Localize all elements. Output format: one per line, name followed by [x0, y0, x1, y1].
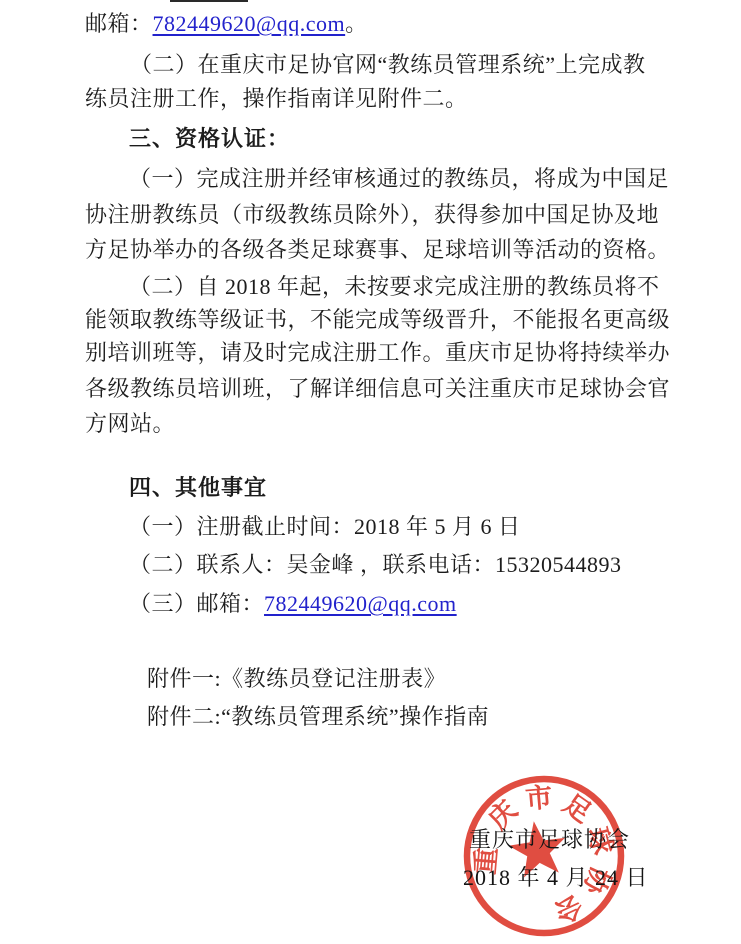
item-contact: （二）联系人：吴金峰 ，联系电话：15320544893: [129, 552, 622, 578]
email-link[interactable]: 782449620@qq.com: [264, 591, 457, 616]
body-line: 邮箱：782449620@qq.com。: [85, 11, 368, 37]
section-heading-four: 四、其他事宜: [129, 475, 267, 501]
signature-date: 2018 年 4 月 24 日: [463, 861, 649, 892]
body-line: 各级教练员培训班，了解详细信息可关注重庆市足球协会官: [85, 376, 670, 402]
document-page: 邮箱：782449620@qq.com。 （二）在重庆市足协官网“教练员管理系统…: [0, 0, 741, 944]
body-line: 方网站。: [85, 411, 175, 437]
body-line: （一）完成注册并经审核通过的教练员，将成为中国足: [129, 166, 669, 192]
body-line: （二）自 2018 年起，未按要求完成注册的教练员将不: [129, 274, 660, 300]
body-line: 协注册教练员（市级教练员除外），获得参加中国足协及地: [85, 202, 659, 228]
body-line: 能领取教练等级证书，不能完成等级晋升，不能报名更高级: [85, 307, 670, 333]
body-line: 方足协举办的各级各类足球赛事、足球培训等活动的资格。: [85, 237, 670, 263]
item-email: （三）邮箱：782449620@qq.com: [129, 591, 457, 617]
seal-char: 市: [524, 782, 554, 814]
body-line: 练员注册工作，操作指南详见附件二。: [85, 86, 468, 112]
attachment-1: 附件一:《教练员登记注册表》: [147, 666, 446, 692]
cropped-text-fragment: [170, 0, 248, 2]
official-seal: 重 庆 市 足 球 协 会: [458, 772, 630, 944]
email-link[interactable]: 782449620@qq.com: [153, 11, 346, 36]
item-deadline: （一）注册截止时间：2018 年 5 月 6 日: [129, 514, 521, 540]
email-label: （三）邮箱：: [129, 591, 264, 616]
body-line: （二）在重庆市足协官网“教练员管理系统”上完成教: [130, 52, 646, 78]
email-label: 邮箱：: [85, 11, 153, 36]
period: 。: [345, 11, 368, 36]
body-line: 别培训班等，请及时完成注册工作。重庆市足协将持续举办: [85, 340, 670, 366]
section-heading-three: 三、资格认证：: [129, 126, 290, 152]
signature-org: 重庆市足球协会: [469, 823, 630, 854]
attachment-2: 附件二:“教练员管理系统”操作指南: [147, 704, 489, 730]
